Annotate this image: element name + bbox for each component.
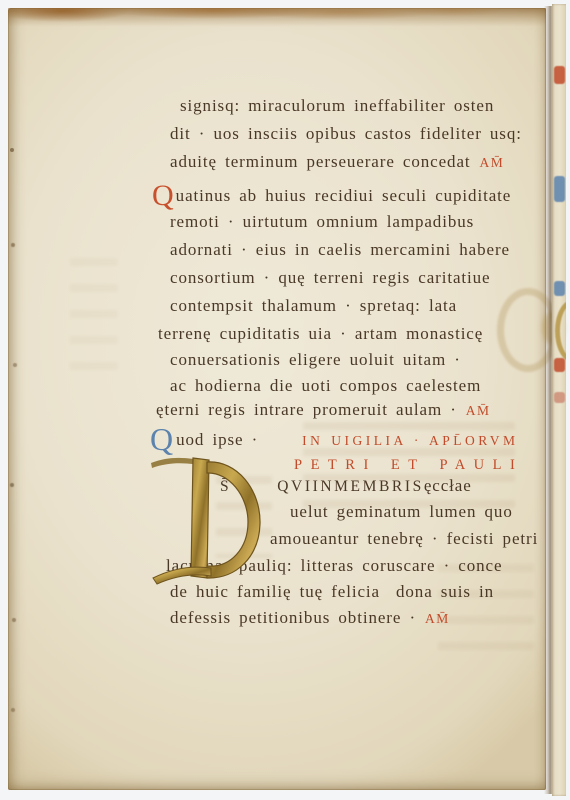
parchment-page: signisq: miraculorum ineffabiliter osten… [8, 8, 546, 790]
text-segment: ac hodierna die uoti compos caelestem [170, 376, 481, 395]
next-page-glyph-mark [554, 66, 565, 84]
text-line-2: dit · uos insciis opibus castos fidelite… [170, 124, 522, 146]
illuminated-initial-d [149, 452, 271, 592]
text-line-7: consortium · quę terreni regis caritatiu… [170, 268, 491, 290]
text-line-16: uelut geminatum lumen quo [290, 502, 513, 524]
text-segment: remoti · uirtutum omnium lampadibus [170, 212, 474, 231]
text-segment: conuersationis eligere uoluit uitam · [170, 350, 461, 369]
text-line-5: remoti · uirtutum omnium lampadibus [170, 212, 474, 234]
next-page-glyph-mark [554, 358, 565, 372]
next-page-glyph-mark [554, 281, 565, 296]
text-segment: amoueantur tenebrę · fecisti petri [270, 529, 538, 548]
text-line-3: aduitę terminum perseuerare concedatAM̄ [170, 152, 504, 174]
rubric-text: PETRI ET PAULI [294, 457, 523, 473]
text-line-13: Quod ipse ·IN UIGILIA · APL̄ORVM [186, 426, 518, 448]
text-segment: terrenę cupiditatis uia · artam monastic… [158, 324, 483, 343]
text-segment: uatinus ab huius recidiui seculi cupidit… [176, 186, 512, 205]
text-segment: contempsit thalamum · spretaq: lata [170, 296, 457, 315]
text-segment: uelut geminatum lumen quo [290, 502, 513, 521]
text-line-6: adornati · eius in caelis mercamini habe… [170, 240, 510, 262]
amen-abbreviation: AM̄ [425, 611, 450, 626]
text-line-12: ęterni regis intrare promeruit aulam ·AM… [156, 400, 491, 422]
text-line-20: defessis petitionibus obtinere ·AM̄ [170, 608, 450, 630]
text-segment: adornati · eius in caelis mercamini habe… [170, 240, 510, 259]
text-line-11: ac hodierna die uoti compos caelestem [170, 376, 481, 398]
text-line-1: signisq: miraculorum ineffabiliter osten [180, 96, 494, 118]
text-segment: ęterni regis intrare promeruit aulam · [156, 400, 457, 419]
text-segment: ęccłae [424, 476, 472, 495]
rubric-text: IN UIGILIA · APL̄ORVM [302, 433, 518, 448]
text-segment: dona suis in [396, 582, 494, 601]
text-line-14: PETRI ET PAULI [294, 454, 523, 476]
amen-abbreviation: AM̄ [466, 403, 491, 418]
next-page-edge [552, 4, 566, 796]
next-page-glyph-mark [554, 392, 565, 403]
text-segment: QVIINMEMBRIS [277, 478, 424, 495]
text-segment: consortium · quę terreni regis caritatiu… [170, 268, 491, 287]
text-block: signisq: miraculorum ineffabiliter osten… [8, 8, 546, 790]
text-segment: aduitę terminum perseuerare concedat [170, 152, 471, 171]
amen-abbreviation: AM̄ [480, 155, 505, 170]
text-segment: uod ipse · [176, 430, 258, 449]
next-page-glyph-mark [554, 176, 565, 202]
text-line-8: contempsit thalamum · spretaq: lata [170, 296, 457, 318]
next-page-glyph-mark [555, 300, 566, 362]
manuscript-photo: signisq: miraculorum ineffabiliter osten… [0, 0, 570, 800]
text-segment: signisq: miraculorum ineffabiliter osten [180, 96, 494, 115]
red-initial-q: Q [152, 179, 174, 212]
text-line-9: terrenę cupiditatis uia · artam monastic… [158, 324, 483, 346]
text-segment: defessis petitionibus obtinere · [170, 608, 416, 627]
text-line-4: Quatinus ab huius recidiui seculi cupidi… [185, 184, 511, 206]
text-line-17: amoueantur tenebrę · fecisti petri [270, 529, 538, 551]
text-line-10: conuersationis eligere uoluit uitam · [170, 350, 461, 372]
text-segment: dit · uos insciis opibus castos fidelite… [170, 124, 522, 143]
